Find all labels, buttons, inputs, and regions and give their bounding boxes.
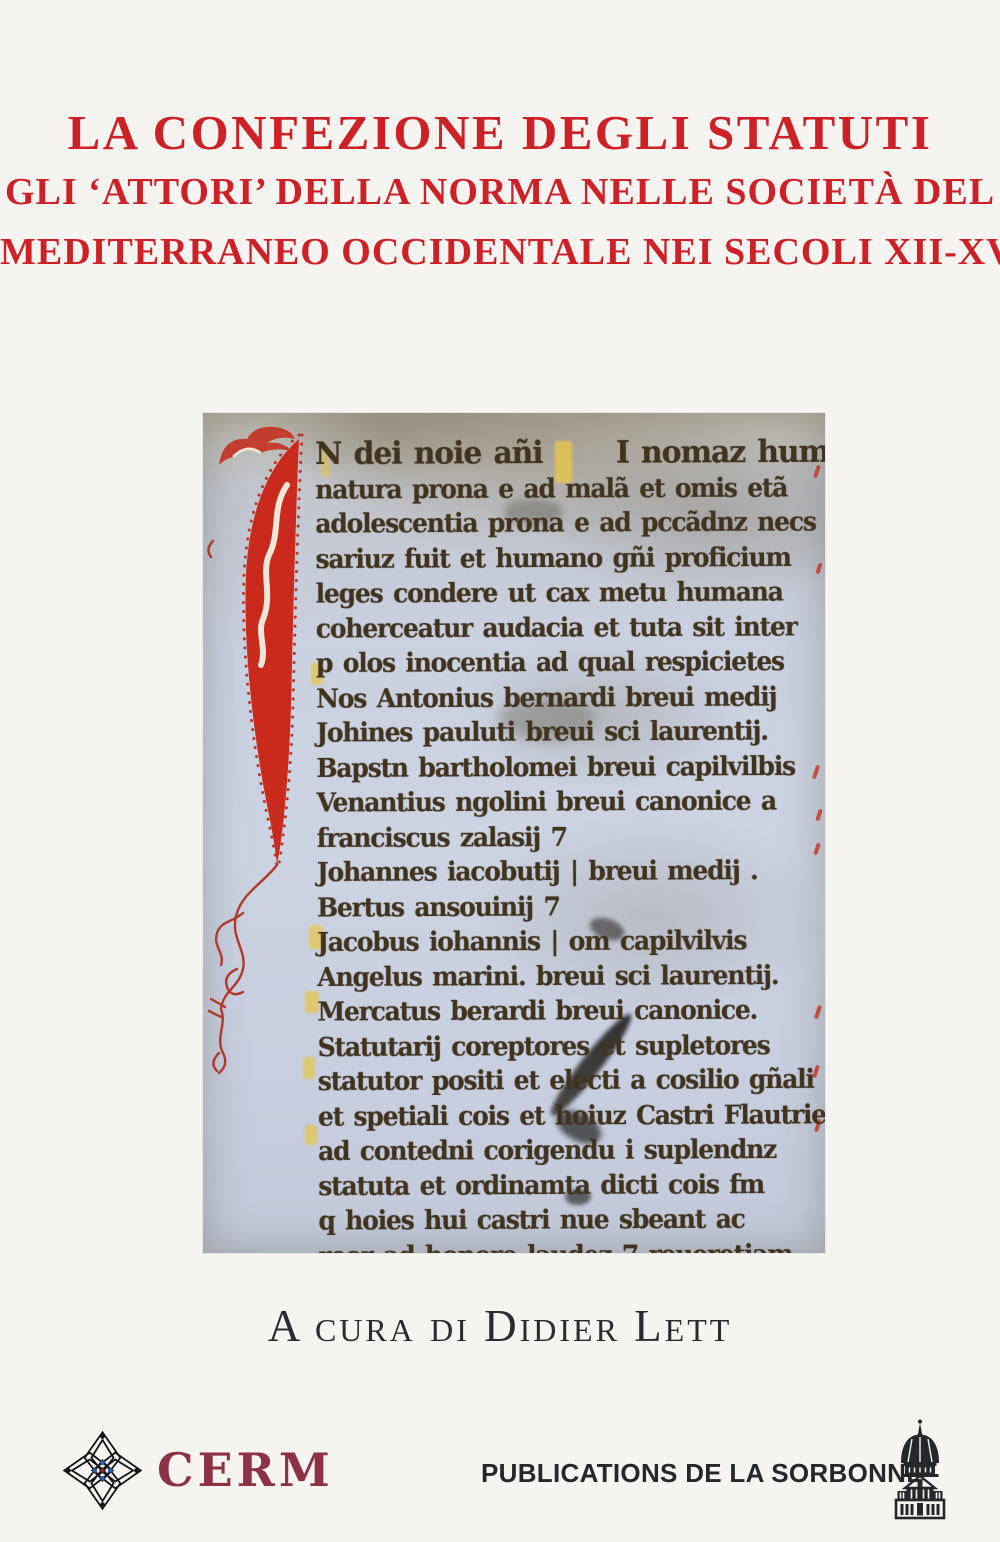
sorbonne-dome-icon [891,1418,949,1520]
manuscript-text-line: Mercatus berardi breui canonice. [317,992,823,1029]
manuscript-text-line: sariuz fuit et humano gñi proficium [315,539,821,576]
book-subtitle-line1: GLI ‘ATTORI’ DELLA NORMA NELLE SOCIETÀ D… [0,170,1000,214]
manuscript-text-line: coherceatur audacia et tuta sit inter [316,609,822,646]
manuscript-text-line: Angelus marini. breui sci laurentij. [317,957,823,994]
cerm-knot-emblem-icon [60,1427,145,1514]
manuscript-text-line: reor ad honore laudez 7 reueretiam [318,1236,824,1253]
manuscript-text-line: p olos inocentia ad qual respicietes [316,644,822,681]
manuscript-text-line: statuta et ordinamta dicti cois fm [318,1166,824,1203]
manuscript-text-line: Bertus ansouinij 7 [317,888,823,925]
manuscript-text-line: ad contedni corigendu i suplendnz [318,1132,824,1169]
manuscript-text-line: leges condere ut cax metu humana [316,574,822,611]
manuscript-text-line: q hoies hui castri nue sbeant ac [318,1201,824,1238]
manuscript-text-line: et spetiali cois et hoiuz Castri Flautri… [318,1097,824,1134]
manuscript-text-line: Bapstn bartholomei breui capilvilbis [316,748,822,785]
manuscript-text-line: Nos Antonius bernardi breui medij [316,679,822,716]
sorbonne-logo-text: PUBLICATIONS DE LA SORBONNE [481,1458,924,1489]
manuscript-text: N dei noie añi I nomaz humãnatura prona … [315,435,825,1253]
manuscript-text-line: statutor positi et electi a cosilio gñal… [318,1062,824,1099]
manuscript-text-line: Johines pauluti breui sci laurentij. [316,714,822,751]
yellow-initial-wash [305,1125,317,1145]
manuscript-text-line: Johannes iacobutij | breui medij . [317,853,823,890]
yellow-initial-wash [303,1057,315,1079]
manuscript-image: N dei noie añi I nomaz humãnatura prona … [203,413,825,1253]
book-cover: LA CONFEZIONE DEGLI STATUTI GLI ‘ATTORI’… [0,0,1000,1542]
manuscript-text-line: adolescentia prona e ad pccãdnz necs [315,504,821,541]
book-title: LA CONFEZIONE DEGLI STATUTI [0,104,1000,161]
manuscript-text-line: Statutarij coreptores et supletores [318,1027,824,1064]
manuscript-text-line: franciscus zalasij 7 [317,818,823,855]
manuscript-text-line: natura prona e ad malã et omis etã [315,470,821,507]
editor-credit: A cura di Didier Lett [0,1300,1000,1352]
manuscript-text-line: Jacobus iohannis | om capilvilvis [317,923,823,960]
manuscript-text-line: Venantius ngolini breui canonice a [317,783,823,820]
cerm-logo-text: CERM [157,1443,334,1497]
book-subtitle-line2: MEDITERRANEO OCCIDENTALE NEI SECOLI XII-… [0,230,1000,274]
manuscript-text-line: N dei noie añi I nomaz humã [315,435,821,472]
